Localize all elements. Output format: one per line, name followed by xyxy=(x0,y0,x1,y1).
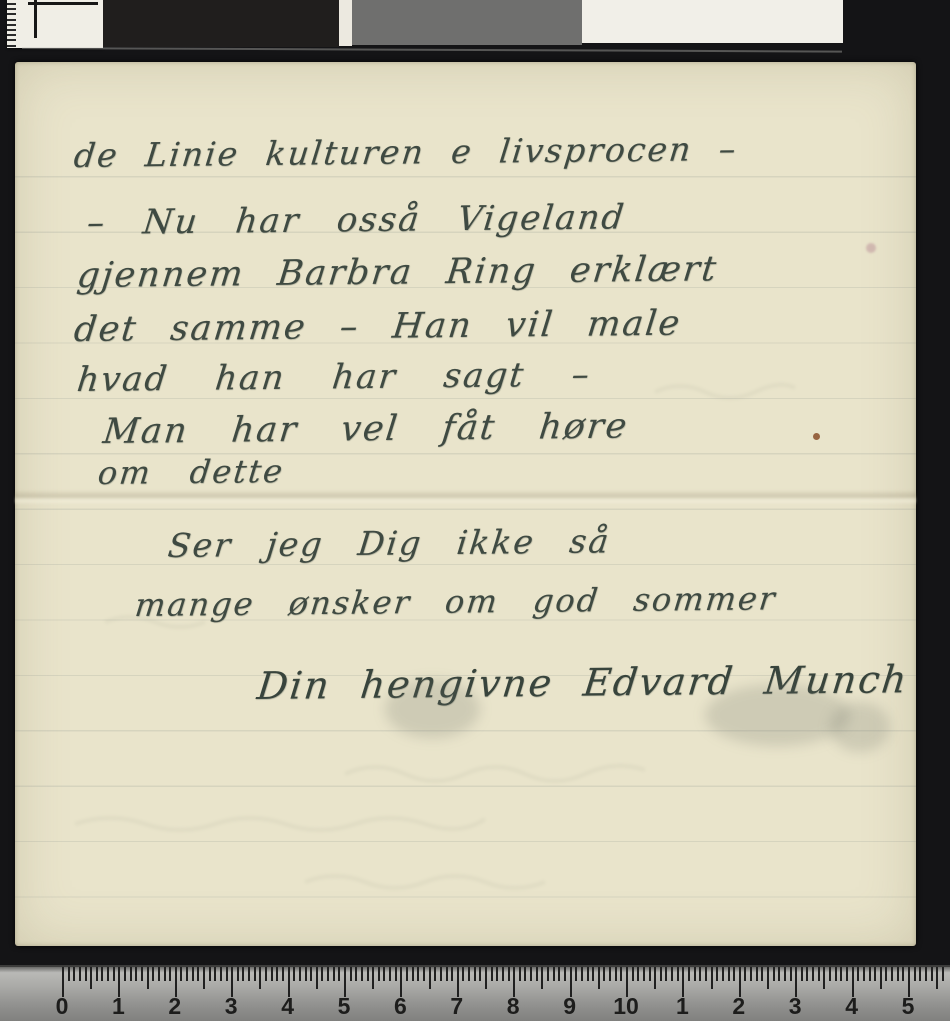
ruler-tick xyxy=(395,967,397,981)
letter-line-5: hvad han har sagt – xyxy=(75,355,593,400)
ruler-tick xyxy=(333,967,335,981)
registration-cross-icon xyxy=(28,2,98,5)
ruler-tick xyxy=(203,967,205,989)
ruler-tick xyxy=(164,967,166,981)
ruler-tick xyxy=(209,967,211,981)
letter-page: de Linie kulturen e livsprocen – – Nu ha… xyxy=(15,62,916,946)
ruler-tick xyxy=(130,967,132,981)
ruler-tick xyxy=(434,967,436,981)
scan-background: de Linie kulturen e livsprocen – – Nu ha… xyxy=(0,0,950,1021)
ruler-tick xyxy=(587,967,589,981)
ruler-tick xyxy=(293,967,295,981)
letter-line-8: Ser jeg Dig ikke så xyxy=(166,521,613,565)
ruler-tick xyxy=(496,967,498,981)
ruler-tick xyxy=(603,967,605,981)
ruler-tick xyxy=(338,967,340,981)
ruler-tick xyxy=(226,967,228,981)
calibration-edge-tick xyxy=(7,45,16,47)
ruler-tick xyxy=(192,967,194,981)
ruler-tick xyxy=(276,967,278,981)
ruler-tick xyxy=(733,967,735,981)
ruler-tick xyxy=(321,967,323,981)
ruler-tick xyxy=(485,967,487,989)
ruler-tick xyxy=(897,967,899,981)
ruler-number: 6 xyxy=(394,993,407,1020)
ruler-tick xyxy=(931,967,933,981)
calibration-gap xyxy=(339,0,352,46)
ruler-tick xyxy=(259,967,261,989)
ink-smudge xyxy=(385,680,480,738)
letter-line-9: mange ønsker om god sommer xyxy=(133,579,779,624)
ruler-tick xyxy=(744,967,746,981)
ruler-tick xyxy=(96,967,98,981)
ruler-number: 8 xyxy=(507,993,520,1020)
ruler-tick xyxy=(891,967,893,981)
ruler-tick xyxy=(68,967,70,981)
ruler-tick xyxy=(383,967,385,981)
ruler-tick xyxy=(699,967,701,981)
ruler-number: 1 xyxy=(112,993,125,1020)
ruler-tick xyxy=(440,967,442,981)
ruler-tick xyxy=(113,967,115,981)
calibration-edge-tick xyxy=(7,8,16,10)
ruler-tick xyxy=(85,967,87,981)
ruler-tick xyxy=(124,967,126,981)
ruler-tick xyxy=(705,967,707,981)
calibration-edge-tick xyxy=(7,24,16,26)
ruler-tick xyxy=(812,967,814,981)
ruler-tick xyxy=(254,967,256,981)
ruler-tick xyxy=(197,967,199,981)
letter-line-3: gjennem Barbra Ring erklært xyxy=(75,249,720,296)
ruler-tick xyxy=(316,967,318,989)
ruler-tick xyxy=(502,967,504,981)
ruler-tick xyxy=(519,967,521,981)
ruler-tick xyxy=(716,967,718,981)
ruler-tick xyxy=(818,967,820,981)
ruler-tick xyxy=(536,967,538,981)
ruler-tick xyxy=(214,967,216,981)
ruler-tick xyxy=(558,967,560,981)
ruler-number: 9 xyxy=(563,993,576,1020)
ruler-tick xyxy=(406,967,408,981)
ruler-tick xyxy=(914,967,916,981)
ruler-tick xyxy=(265,967,267,981)
ruler-tick xyxy=(282,967,284,981)
ruler-tick xyxy=(942,967,944,981)
ruler-tick xyxy=(372,967,374,989)
ruler-number: 7 xyxy=(450,993,463,1020)
ruler-tick xyxy=(846,967,848,981)
ruler-number: 10 xyxy=(613,993,639,1020)
registration-cross-icon xyxy=(34,0,37,38)
ruler-tick xyxy=(761,967,763,981)
ruler-tick xyxy=(919,967,921,981)
ruler-tick xyxy=(361,967,363,981)
ruler-number: 0 xyxy=(56,993,69,1020)
ruler-tick xyxy=(784,967,786,981)
calibration-strip xyxy=(0,0,950,52)
ruler-tick xyxy=(248,967,250,981)
ruler-tick xyxy=(141,967,143,981)
calibration-edge-tick xyxy=(7,29,16,31)
ruler-tick xyxy=(462,967,464,981)
ruler-tick xyxy=(925,967,927,981)
ruler-tick xyxy=(863,967,865,981)
ruler-tick xyxy=(508,967,510,981)
ruler-tick xyxy=(620,967,622,981)
calibration-black-patch xyxy=(103,0,339,47)
ruler-tick xyxy=(564,967,566,981)
ruler-tick xyxy=(378,967,380,981)
ruler-tick xyxy=(553,967,555,981)
ruler-tick xyxy=(530,967,532,981)
ruler-number: 5 xyxy=(338,993,351,1020)
calibration-tick-card xyxy=(7,0,103,48)
ruler-tick xyxy=(694,967,696,981)
ruler-tick xyxy=(169,967,171,981)
ruler-tick xyxy=(581,967,583,981)
calibration-edge-tick xyxy=(7,39,16,41)
ink-smudge xyxy=(705,684,850,746)
ruler-tick xyxy=(242,967,244,981)
calibration-strip-edge xyxy=(22,47,842,53)
letter-line-6: Man har vel fåt høre xyxy=(101,407,631,452)
calibration-edge-tick xyxy=(7,13,16,15)
ruler-tick xyxy=(688,967,690,981)
ruler-tick xyxy=(857,967,859,981)
ruler-tick xyxy=(73,967,75,981)
ruler-tick xyxy=(778,967,780,981)
ruler-tick xyxy=(446,967,448,981)
ruler-number: 2 xyxy=(168,993,181,1020)
ruler-tick xyxy=(389,967,391,981)
ruler-number: 4 xyxy=(845,993,858,1020)
calibration-white-patch xyxy=(582,0,843,43)
ruler-tick xyxy=(468,967,470,981)
paper-stain xyxy=(866,243,876,253)
ruler-tick xyxy=(823,967,825,989)
ruler-tick xyxy=(90,967,92,989)
letter-line-1: de Linie kulturen e livsprocen – xyxy=(72,129,740,175)
ruler-number: 3 xyxy=(225,993,238,1020)
ruler-tick xyxy=(327,967,329,981)
ruler-tick xyxy=(902,967,904,981)
ink-speck xyxy=(813,433,820,440)
ruler-tick xyxy=(835,967,837,981)
ruler-number: 3 xyxy=(789,993,802,1020)
ruler-tick xyxy=(711,967,713,989)
calibration-edge-tick xyxy=(7,3,16,5)
ruler-tick xyxy=(101,967,103,981)
ruler-tick xyxy=(491,967,493,981)
letter-line-2: – Nu har osså Vigeland xyxy=(85,197,628,243)
ruler-tick xyxy=(575,967,577,981)
ruler-tick xyxy=(429,967,431,989)
ruler-tick xyxy=(801,967,803,981)
ruler-tick xyxy=(660,967,662,981)
ruler-tick xyxy=(479,967,481,981)
ruler-tick xyxy=(592,967,594,981)
ruler-tick xyxy=(677,967,679,981)
ruler-tick xyxy=(728,967,730,981)
ruler-tick xyxy=(874,967,876,981)
ruler-tick xyxy=(547,967,549,981)
ruler-tick xyxy=(152,967,154,981)
fold-crease xyxy=(15,490,916,505)
calibration-gray-patch xyxy=(352,0,582,45)
ruler-tick xyxy=(773,967,775,981)
ruler-tick xyxy=(829,967,831,981)
ruler-tick xyxy=(643,967,645,981)
ruler-tick xyxy=(615,967,617,981)
ruler-tick xyxy=(412,967,414,981)
ink-smudge xyxy=(830,702,890,752)
calibration-edge-tick xyxy=(7,34,16,36)
ruler-tick xyxy=(541,967,543,989)
ruler-tick xyxy=(840,967,842,981)
ruler-tick xyxy=(632,967,634,981)
ruler-tick xyxy=(885,967,887,981)
ruler-tick xyxy=(649,967,651,981)
ruler-tick xyxy=(186,967,188,981)
ruler-tick xyxy=(299,967,301,981)
ruler-tick xyxy=(524,967,526,981)
ruler-number: 2 xyxy=(732,993,745,1020)
ruler-tick xyxy=(350,967,352,981)
ruler-tick xyxy=(423,967,425,981)
ruler-tick xyxy=(79,967,81,981)
ruler-tick xyxy=(665,967,667,981)
ruler-tick xyxy=(271,967,273,981)
letter-line-7: om dette xyxy=(96,452,286,492)
ruler-tick xyxy=(790,967,792,981)
ruler-tick xyxy=(355,967,357,981)
ruler-tick xyxy=(147,967,149,989)
ruler-number: 4 xyxy=(281,993,294,1020)
ruler-tick xyxy=(451,967,453,981)
ruler-tick xyxy=(220,967,222,981)
ruler-tick xyxy=(107,967,109,981)
ruler-tick xyxy=(750,967,752,981)
ruler-tick xyxy=(869,967,871,981)
ruler-number: 5 xyxy=(902,993,915,1020)
ruler-tick xyxy=(598,967,600,989)
ruler-tick xyxy=(671,967,673,981)
ruler-tick xyxy=(936,967,938,989)
ruler-tick xyxy=(417,967,419,981)
ruler-tick xyxy=(180,967,182,981)
ruler-tick xyxy=(637,967,639,981)
ruler-tick xyxy=(756,967,758,981)
ruler-tick xyxy=(767,967,769,989)
letter-line-4: det samme – Han vil male xyxy=(72,304,684,350)
ruler-number: 1 xyxy=(676,993,689,1020)
ruler-tick xyxy=(806,967,808,981)
ruler-tick xyxy=(237,967,239,981)
ruler-tick xyxy=(367,967,369,981)
ruler: 01234567891012345 xyxy=(0,965,950,1021)
ruler-tick xyxy=(722,967,724,981)
ruler-tick xyxy=(609,967,611,981)
calibration-edge-tick xyxy=(7,19,16,21)
ruler-tick xyxy=(135,967,137,981)
ruler-tick xyxy=(654,967,656,989)
ruler-tick xyxy=(158,967,160,981)
ruler-tick xyxy=(305,967,307,981)
ruler-tick xyxy=(310,967,312,981)
ruler-tick xyxy=(474,967,476,981)
ruler-tick xyxy=(880,967,882,989)
